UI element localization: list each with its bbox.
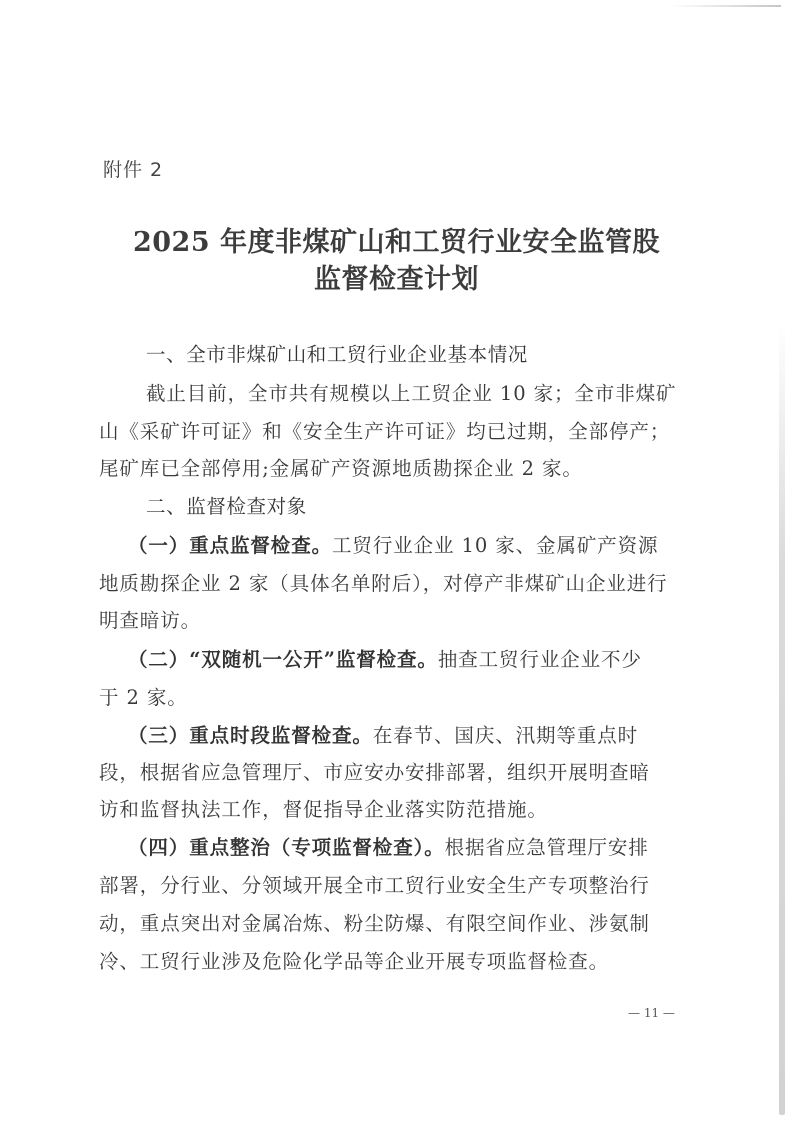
- page-number: — 11 —: [628, 1006, 675, 1020]
- section-heading-1: 一、全市非煤矿山和工贸行业企业基本情况: [146, 336, 736, 374]
- item-1-first-line: （一）重点监督检查。工贸行业企业 10 家、金属矿产资源: [128, 527, 718, 565]
- item-4-first-line: （四）重点整治（专项监督检查）。根据省应急管理厅安排: [128, 829, 718, 867]
- section-heading-2: 二、监督检查对象: [146, 488, 736, 526]
- scan-edge-artifact-top: [671, 5, 781, 7]
- document-page: 附件 2 2025 年度非煤矿山和工贸行业安全监管股 监督检查计划 一、全市非煤…: [0, 0, 793, 1122]
- item-3-first-line: （三）重点时段监督检查。在春节、国庆、汛期等重点时: [128, 717, 718, 755]
- item-3-text: 在春节、国庆、汛期等重点时: [373, 724, 638, 747]
- item-2-lead: （二）“双随机一公开”监督检查。: [128, 648, 438, 671]
- paragraph-line: 明查暗访。: [99, 602, 689, 640]
- paragraph-line: 访和监督执法工作，督促指导企业落实防范措施。: [99, 791, 689, 829]
- document-title-line-1: 2025 年度非煤矿山和工贸行业安全监管股: [0, 224, 793, 261]
- paragraph-line: 地质勘探企业 2 家（具体名单附后），对停产非煤矿山企业进行: [99, 565, 689, 603]
- item-1-lead: （一）重点监督检查。: [128, 534, 332, 557]
- paragraph-line: 山《采矿许可证》和《安全生产许可证》均已过期，全部停产；: [99, 413, 689, 451]
- item-4-text: 根据省应急管理厅安排: [445, 836, 649, 859]
- paragraph-line: 尾矿库已全部停用;金属矿产资源地质勘探企业 2 家。: [99, 450, 689, 488]
- paragraph-line: 动，重点突出对金属冶炼、粉尘防爆、有限空间作业、涉氨制: [99, 905, 689, 943]
- attachment-label: 附件 2: [103, 155, 163, 182]
- item-1-text: 工贸行业企业 10 家、金属矿产资源: [332, 534, 658, 557]
- paragraph-line: 段，根据省应急管理厅、市应安办安排部署，组织开展明查暗: [99, 754, 689, 792]
- paragraph-line: 截止目前，全市共有规模以上工贸企业 10 家；全市非煤矿: [146, 375, 736, 413]
- item-4-lead: （四）重点整治（专项监督检查）。: [128, 836, 445, 859]
- paragraph-line: 部署，分行业、分领域开展全市工贸行业安全生产专项整治行: [99, 867, 689, 905]
- item-2-first-line: （二）“双随机一公开”监督检查。抽查工贸行业企业不少: [128, 641, 718, 679]
- document-title-line-2: 监督检查计划: [0, 261, 793, 298]
- paragraph-line: 于 2 家。: [99, 679, 689, 717]
- item-2-text: 抽查工贸行业企业不少: [438, 648, 642, 671]
- item-3-lead: （三）重点时段监督检查。: [128, 724, 373, 747]
- scan-edge-artifact-right: [779, 320, 785, 1115]
- paragraph-line: 冷、工贸行业涉及危险化学品等企业开展专项监督检查。: [99, 943, 689, 981]
